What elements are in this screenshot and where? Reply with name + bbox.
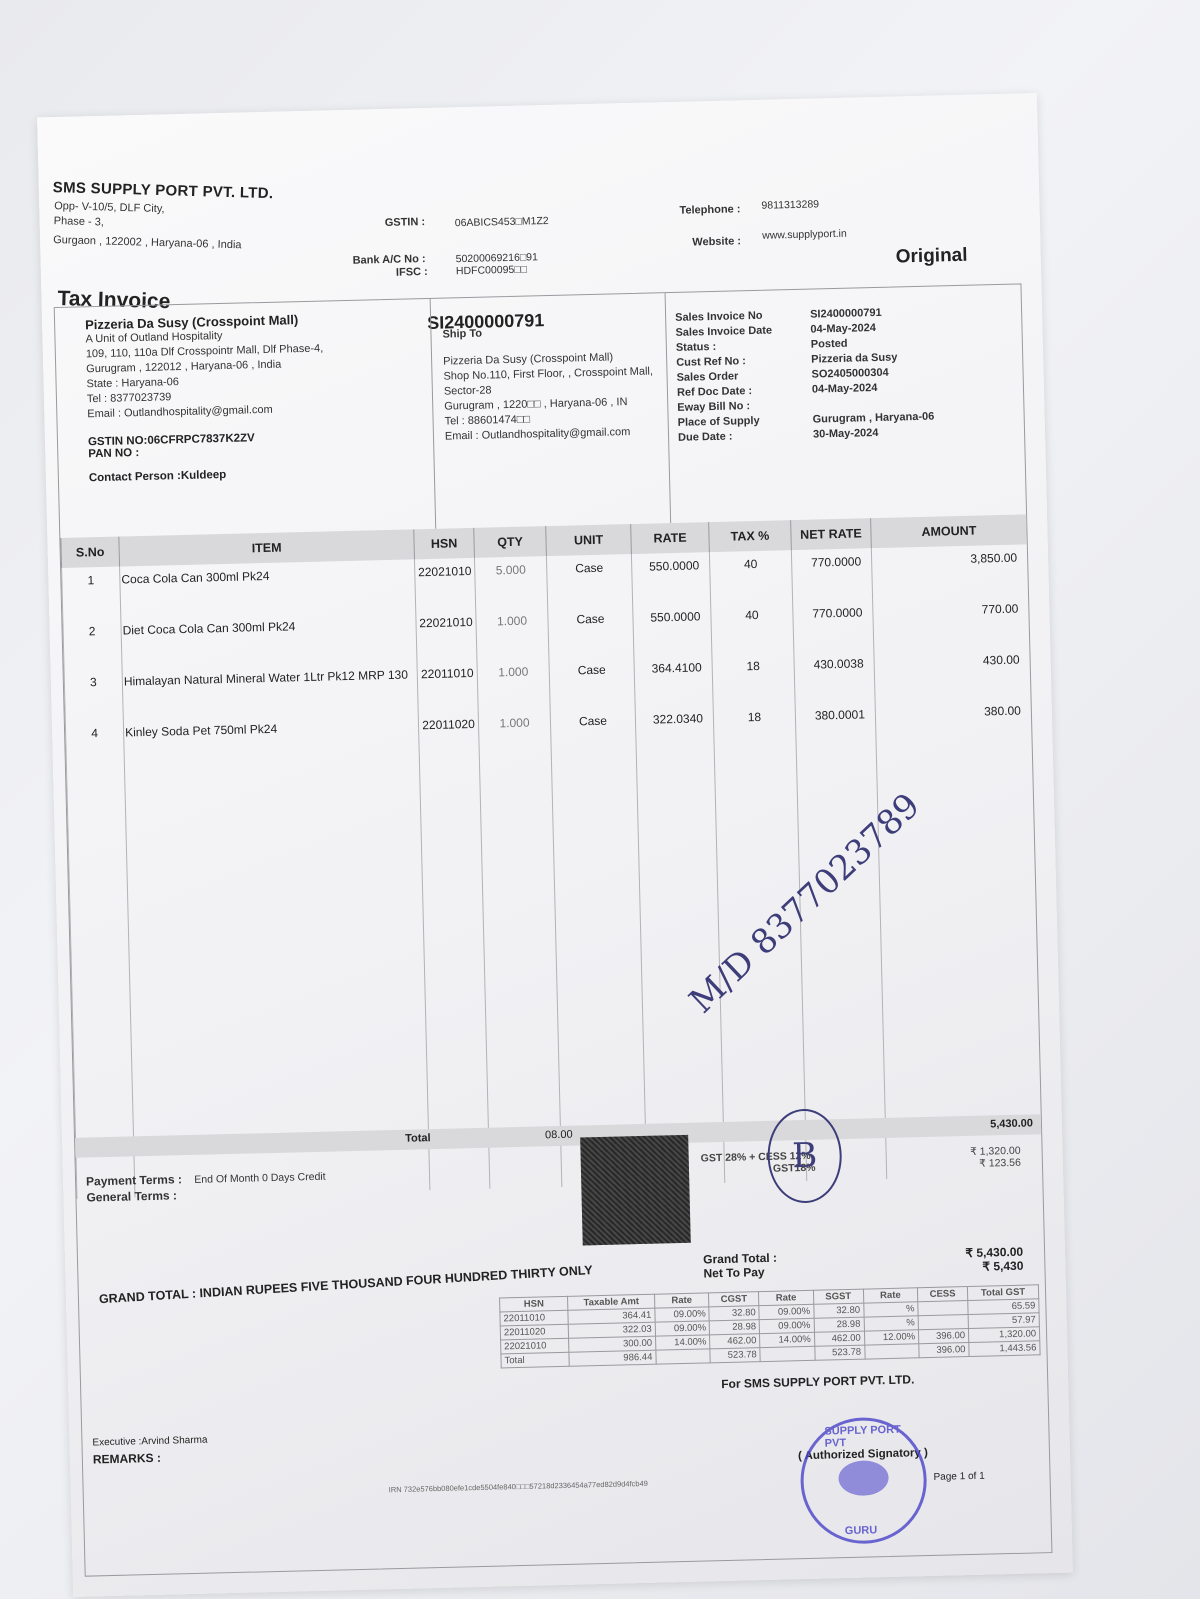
- table-cell: 22011020: [418, 711, 479, 763]
- divider: [665, 293, 672, 523]
- table-cell: 4: [65, 720, 124, 772]
- table-cell: 430.0038: [794, 650, 875, 703]
- table-cell: 2: [63, 618, 122, 670]
- irn: IRN 732e576bb080efe1cde5504fe840□□□57218…: [389, 1479, 648, 1494]
- table-cell: 18: [712, 652, 795, 705]
- table-cell: 22021010: [414, 558, 475, 610]
- table-cell: 14.00%: [655, 1335, 710, 1350]
- table-cell: 22011010: [417, 660, 478, 712]
- ifsc-label: IFSC :: [396, 266, 428, 279]
- meta-value: 04-May-2024: [812, 381, 878, 398]
- table-cell: 364.4100: [634, 654, 713, 707]
- meta-value: 30-May-2024: [813, 426, 879, 443]
- table-cell: 770.0000: [793, 599, 874, 652]
- table-cell: 550.0000: [633, 603, 712, 656]
- table-cell: 523.78: [814, 1345, 864, 1360]
- ship-to-heading: Ship To: [442, 323, 652, 340]
- seller-name: SMS SUPPLY PORT PVT. LTD.: [53, 179, 274, 202]
- table-cell: 1: [62, 567, 121, 619]
- table-cell: [918, 1301, 968, 1316]
- payment-terms-value: End Of Month 0 Days Credit: [194, 1171, 326, 1186]
- telephone-label: Telephone :: [679, 203, 740, 216]
- table-cell: 09.00%: [759, 1304, 814, 1319]
- qr-code: [580, 1135, 691, 1246]
- table-cell: 32.80: [813, 1303, 863, 1318]
- table-cell: 1,443.56: [969, 1341, 1040, 1357]
- table-cell: 380.00: [875, 697, 1032, 752]
- table-cell: [918, 1315, 968, 1330]
- divider: [430, 299, 437, 529]
- table-cell: 770.00: [873, 595, 1030, 650]
- table-cell: 12.00%: [864, 1330, 919, 1345]
- table-cell: 1.000: [478, 709, 551, 762]
- invoice-frame: Pizzeria Da Susy (Crosspoint Mall) A Uni…: [54, 283, 1053, 1576]
- ifsc-value: HDFC00095□□: [456, 264, 527, 278]
- meta-value: SO2405000304: [811, 366, 888, 383]
- gstin-value: 06ABICS453□M1Z2: [455, 215, 549, 229]
- table-cell: %: [864, 1316, 919, 1331]
- contact-person: Contact Person :Kuldeep: [89, 466, 327, 484]
- table-cell: Case: [550, 707, 636, 760]
- table-cell: 1.000: [476, 607, 549, 660]
- column-header: HSN: [414, 528, 475, 559]
- net-to-pay-label: Net To Pay: [703, 1265, 764, 1280]
- net-to-pay-value: ₹ 5,430: [982, 1259, 1023, 1274]
- table-cell: Himalayan Natural Mineral Water 1Ltr Pk1…: [122, 661, 418, 719]
- table-cell: 5.000: [474, 556, 547, 609]
- bank-label: Bank A/C No :: [353, 253, 426, 267]
- table-cell: 3: [64, 669, 123, 721]
- table-cell: 3,850.00: [871, 544, 1028, 599]
- grand-total-label: Grand Total :: [703, 1251, 777, 1267]
- website-label: Website :: [692, 235, 741, 248]
- column-header: CGST: [709, 1292, 759, 1307]
- bill-to: Pizzeria Da Susy (Crosspoint Mall) A Uni…: [85, 312, 326, 485]
- table-cell: 430.00: [874, 646, 1031, 701]
- table-cell: 28.98: [709, 1320, 759, 1335]
- table-cell: Case: [546, 554, 632, 607]
- column-header: Rate: [759, 1290, 814, 1305]
- table-cell: 32.80: [709, 1306, 759, 1321]
- table-cell: 523.78: [710, 1348, 760, 1363]
- meta-value: Posted: [811, 337, 848, 353]
- table-cell: 396.00: [919, 1343, 969, 1358]
- meta-key: Due Date :: [678, 428, 813, 446]
- meta-value: SI2400000791: [810, 306, 882, 323]
- column-header: SGST: [813, 1289, 863, 1304]
- terms: Payment Terms : End Of Month 0 Days Cred…: [86, 1167, 326, 1205]
- table-cell: Case: [548, 605, 634, 658]
- table-cell: Total: [501, 1352, 570, 1368]
- table-cell: Diet Coca Cola Can 300ml Pk24: [121, 610, 417, 668]
- table-cell: 14.00%: [760, 1332, 815, 1347]
- table-cell: 40: [709, 550, 792, 603]
- seller-address: Opp- V-10/5, DLF City, Phase - 3, Gurgao…: [53, 199, 243, 253]
- table-cell: 22021010: [416, 609, 477, 661]
- column-header: Rate: [654, 1293, 709, 1308]
- telephone-value: 9811313289: [761, 198, 819, 211]
- website-link[interactable]: www.supplyport.in: [762, 228, 847, 242]
- table-cell: 28.98: [814, 1317, 864, 1332]
- remarks-label: REMARKS :: [93, 1451, 161, 1467]
- column-header: CESS: [917, 1287, 967, 1302]
- hsn-tax-table: HSNTaxable AmtRateCGSTRateSGSTRateCESSTo…: [499, 1284, 1041, 1368]
- column-header: TAX %: [709, 520, 792, 552]
- table-cell: [656, 1349, 711, 1364]
- column-header: UNIT: [546, 524, 632, 556]
- table-cell: 09.00%: [655, 1307, 710, 1322]
- signature-mark: [838, 1460, 889, 1496]
- gstin-label: GSTIN :: [385, 216, 426, 229]
- total-amount: 5,430.00: [990, 1117, 1033, 1130]
- total-qty: 08.00: [545, 1129, 573, 1142]
- for-company: For SMS SUPPLY PORT PVT. LTD.: [721, 1372, 914, 1391]
- table-cell: 1.000: [477, 658, 550, 711]
- table-cell: 09.00%: [655, 1321, 710, 1336]
- column-header: S.No: [61, 537, 120, 568]
- column-header: AMOUNT: [871, 514, 1027, 548]
- table-cell: 322.0340: [635, 705, 714, 758]
- executive: Executive :Arvind Sharma: [92, 1435, 207, 1449]
- table-cell: 770.0000: [791, 548, 872, 601]
- column-header: RATE: [631, 522, 710, 554]
- table-cell: 40: [711, 601, 794, 654]
- table-cell: 380.0001: [795, 701, 876, 754]
- table-cell: [864, 1344, 919, 1359]
- column-header: NET RATE: [791, 518, 872, 550]
- invoice-paper: SMS SUPPLY PORT PVT. LTD. Opp- V-10/5, D…: [37, 93, 1073, 1597]
- table-cell: 462.00: [814, 1331, 864, 1346]
- invoice-meta: Sales Invoice NoSI2400000791Sales Invoic…: [675, 305, 935, 446]
- total-label: Total: [405, 1132, 431, 1145]
- table-cell: 396.00: [918, 1329, 968, 1344]
- payment-terms-label: Payment Terms :: [86, 1172, 182, 1188]
- table-cell: %: [863, 1302, 918, 1317]
- table-cell: 18: [713, 703, 796, 756]
- grand-total-value: ₹ 5,430.00: [965, 1245, 1023, 1260]
- grand-total-block: Grand Total : ₹ 5,430.00 Net To Pay ₹ 5,…: [703, 1245, 1024, 1281]
- items-table: S.NoITEMHSNQTYUNITRATETAX %NET RATEAMOUN…: [60, 514, 1042, 1198]
- column-header: QTY: [474, 526, 547, 558]
- ship-to: Ship To Pizzeria Da Susy (Crosspoint Mal…: [442, 323, 654, 444]
- table-cell: 462.00: [710, 1334, 760, 1349]
- table-cell: 550.0000: [631, 552, 710, 605]
- copy-label: Original: [895, 245, 967, 269]
- table-cell: Coca Cola Can 300ml Pk24: [120, 559, 416, 617]
- page-number: Page 1 of 1: [933, 1471, 984, 1483]
- column-header: Rate: [863, 1288, 918, 1303]
- table-cell: 09.00%: [759, 1318, 814, 1333]
- meta-value: 04-May-2024: [810, 321, 876, 338]
- meta-value: Gurugram , Haryana-06: [813, 410, 935, 428]
- table-cell: Case: [549, 656, 635, 709]
- table-cell: Kinley Soda Pet 750ml Pk24: [123, 712, 419, 770]
- table-cell: 986.44: [569, 1350, 656, 1366]
- table-cell: [760, 1346, 815, 1361]
